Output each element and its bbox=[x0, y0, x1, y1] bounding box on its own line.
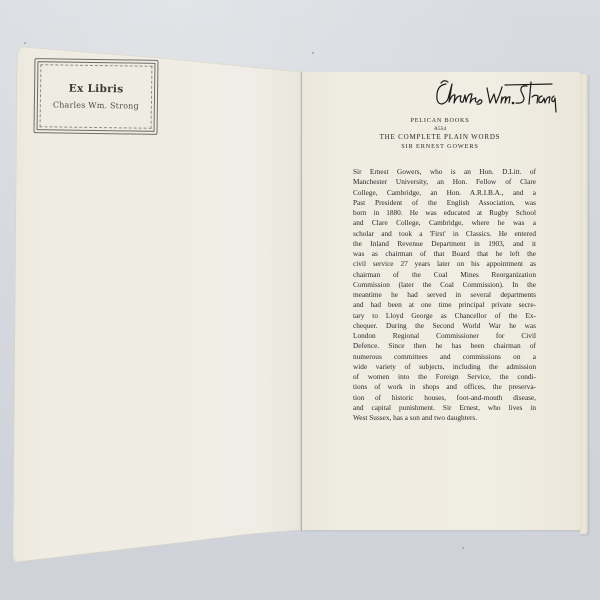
bookplate-owner: Charles Wm. Strong bbox=[34, 100, 158, 111]
dust-speck bbox=[462, 547, 464, 549]
bio-line: wide variety of subjects, including the … bbox=[353, 362, 536, 372]
bio-line: scholar and took a 'First' in Classics. … bbox=[353, 229, 536, 239]
bio-line: West Sussex, has a son and two daughters… bbox=[353, 413, 536, 423]
bio-line: Defence. Since then he has been chairman… bbox=[353, 341, 536, 351]
bio-line: and Clare College, Cambridge, where he w… bbox=[353, 218, 536, 228]
dust-speck bbox=[312, 52, 314, 54]
catalog-number: A554 bbox=[330, 125, 550, 133]
handwritten-signature bbox=[432, 76, 560, 116]
book-gutter bbox=[301, 72, 302, 532]
bio-line: Past President of the English Associatio… bbox=[353, 198, 536, 208]
author-biography: Sir Ernest Gowers, who is an Hon. D.Litt… bbox=[353, 167, 536, 423]
ex-libris-bookplate: Ex Libris Charles Wm. Strong bbox=[33, 58, 158, 135]
bio-line: London Regional Commissioner for Civil bbox=[353, 331, 536, 341]
bio-line: chequer. During the Second World War he … bbox=[353, 321, 536, 331]
bio-line: born in 1880. He was educated at Rugby S… bbox=[353, 208, 536, 218]
bio-line: was as chairman of that Board that he le… bbox=[353, 249, 536, 259]
bio-line: College, Cambridge, an Hon. A.R.I.B.A., … bbox=[353, 188, 536, 198]
bio-line: the Inland Revenue Department in 1903, a… bbox=[353, 239, 536, 249]
bookplate-title: Ex Libris bbox=[34, 82, 158, 96]
bio-line: Manchester University, an Hon. Fellow of… bbox=[353, 177, 536, 187]
bio-line: Sir Ernest Gowers, who is an Hon. D.Litt… bbox=[353, 167, 536, 177]
title-page-header: PELICAN BOOKS A554 THE COMPLETE PLAIN WO… bbox=[330, 117, 550, 151]
publisher-name: PELICAN BOOKS bbox=[330, 117, 550, 125]
bio-line: meantime he had served in several depart… bbox=[353, 290, 536, 300]
bookplate-border bbox=[33, 58, 158, 135]
bio-line: numerous committees and commissions on a bbox=[353, 352, 536, 362]
bio-line: Commission (later the Coal Commission). … bbox=[353, 280, 536, 290]
bio-line: civil service 27 years later on his appo… bbox=[353, 259, 536, 269]
book-author: SIR ERNEST GOWERS bbox=[330, 142, 550, 151]
bio-line: of women into the Foreign Service, the c… bbox=[353, 372, 536, 382]
book-title: THE COMPLETE PLAIN WORDS bbox=[330, 133, 550, 142]
bio-line: tary to Lloyd George as Chancellor of th… bbox=[353, 311, 536, 321]
signature-ink-icon bbox=[432, 76, 560, 116]
right-page-edge bbox=[580, 74, 588, 534]
dust-speck bbox=[24, 42, 26, 44]
bio-line: tions of work in shops and offices, the … bbox=[353, 382, 536, 392]
bio-line: tion of historic houses, foot-and-mouth … bbox=[353, 393, 536, 403]
bio-line: and had been at one time principal priva… bbox=[353, 300, 536, 310]
bio-line: and capital punishment. Sir Ernest, who … bbox=[353, 403, 536, 413]
bio-line: chairman of the Coal Mines Reorganizatio… bbox=[353, 270, 536, 280]
